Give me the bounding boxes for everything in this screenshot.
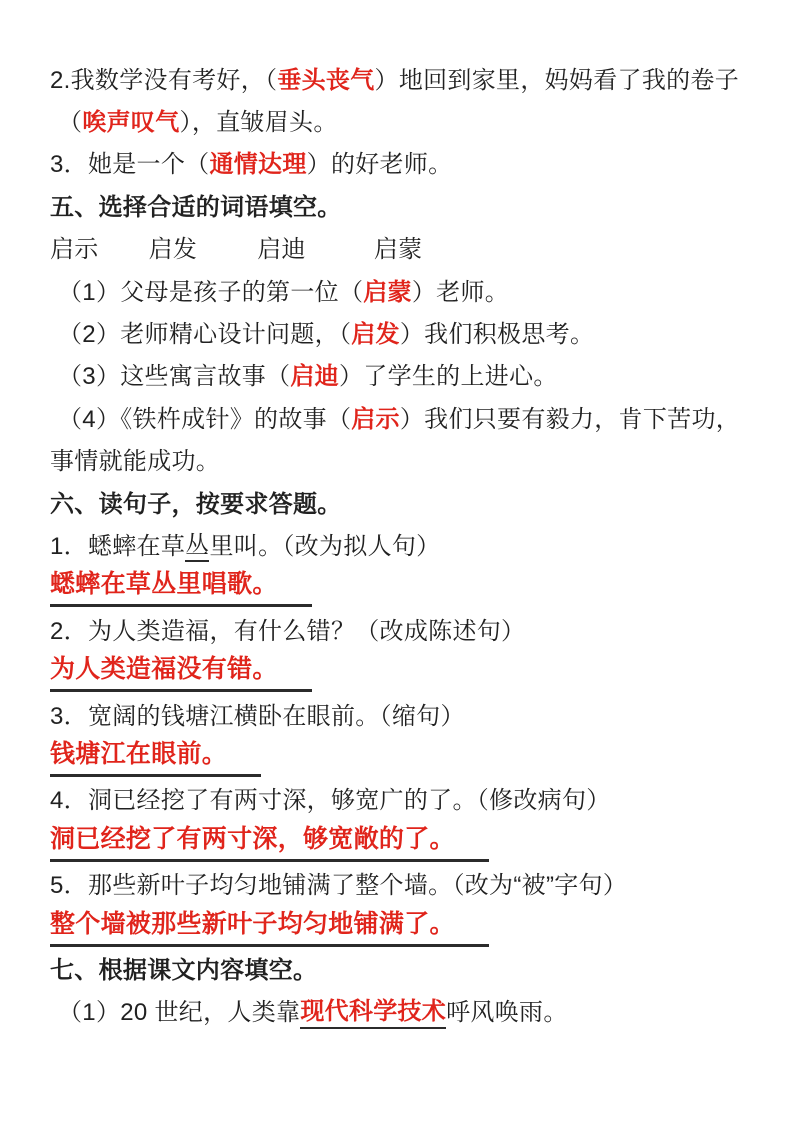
- s6-question-2: 2．为人类造福，有什么错？（改成陈述句）: [50, 607, 759, 649]
- question-text: （1）父母是孩子的第一位（: [58, 272, 363, 307]
- question-text: 五、选择合适的词语填空。: [50, 187, 342, 222]
- answer-word: 唉声叹气: [82, 102, 179, 137]
- question-text: ）我们只要有毅力，肯下苦功，: [400, 399, 740, 434]
- q2-sentence-part2: （唉声叹气），直皱眉头。: [50, 98, 759, 140]
- q2-sentence-part1: 2.我数学没有考好，（垂头丧气）地回到家里，妈妈看了我的卷子: [50, 56, 759, 98]
- question-text: （4）《铁杵成针》的故事（: [58, 399, 351, 434]
- s5-item-1: （1）父母是孩子的第一位（启蒙）老师。: [50, 268, 759, 310]
- answer-word: 启发: [351, 314, 400, 349]
- s6-answer-2: 为人类造福没有错。: [50, 649, 759, 691]
- question-text: （1）20 世纪，人类靠: [58, 992, 300, 1027]
- answer-line-underline: 整个墙被那些新叶子均匀地铺满了。: [50, 904, 489, 947]
- answer-word: 启迪: [290, 356, 339, 391]
- q3-sentence: 3．她是一个（通情达理）的好老师。: [50, 141, 759, 183]
- question-text: （: [58, 102, 82, 137]
- s6-question-3: 3．宽阔的钱塘江横卧在眼前。（缩句）: [50, 692, 759, 734]
- question-text: （2）老师精心设计问题，（: [58, 314, 351, 349]
- s6-answer-4: 洞已经挖了有两寸深，够宽敞的了。: [50, 819, 759, 861]
- s5-item-4-continued: 事情就能成功。: [50, 438, 759, 480]
- s6-answer-1: 蟋蟀在草丛里唱歌。: [50, 565, 759, 607]
- question-text: 蟋蟀在草丛里唱歌。: [50, 564, 278, 600]
- s6-answer-3: 钱塘江在眼前。: [50, 734, 759, 776]
- document-body: 2.我数学没有考好，（垂头丧气）地回到家里，妈妈看了我的卷子（唉声叹气），直皱眉…: [50, 56, 759, 1031]
- question-text: ）老师。: [412, 272, 509, 307]
- section-5-heading: 五、选择合适的词语填空。: [50, 183, 759, 225]
- answer-word: 启示: [351, 399, 400, 434]
- answer-line-underline: 为人类造福没有错。: [50, 649, 312, 692]
- section-7-heading: 七、根据课文内容填空。: [50, 946, 759, 988]
- question-text: ）了学生的上进心。: [339, 356, 558, 391]
- question-text: 钱塘江在眼前。: [50, 734, 227, 770]
- question-text: ）的好老师。: [307, 144, 453, 179]
- answer-line-underline: 钱塘江在眼前。: [50, 734, 261, 777]
- s6-question-4: 4．洞已经挖了有两寸深，够宽广的了。（修改病句）: [50, 777, 759, 819]
- question-text: 里叫。（改为拟人句）: [209, 526, 440, 561]
- word-bank: 启示启发启迪启蒙: [50, 226, 759, 268]
- word-bank-item: 启蒙: [374, 229, 423, 264]
- word-bank-item: 启发: [149, 229, 198, 264]
- question-text: ）我们积极思考。: [400, 314, 594, 349]
- s6-question-5: 5．那些新叶子均匀地铺满了整个墙。（改为“被”字句）: [50, 861, 759, 903]
- question-text: ），直皱眉头。: [180, 102, 338, 137]
- question-text: 洞已经挖了有两寸深，够宽敞的了。: [50, 819, 455, 855]
- question-text: 5．那些新叶子均匀地铺满了整个墙。（改为“被”字句）: [50, 865, 627, 900]
- question-text: 整个墙被那些新叶子均匀地铺满了。: [50, 904, 455, 940]
- question-text: 呼风唤雨。: [446, 992, 568, 1027]
- s5-item-4: （4）《铁杵成针》的故事（启示）我们只要有毅力，肯下苦功，: [50, 395, 759, 437]
- s5-item-2: （2）老师精心设计问题，（启发）我们积极思考。: [50, 310, 759, 352]
- s6-answer-5: 整个墙被那些新叶子均匀地铺满了。: [50, 904, 759, 946]
- question-text: 3．宽阔的钱塘江横卧在眼前。（缩句）: [50, 696, 465, 731]
- answer-line-underline: 蟋蟀在草丛里唱歌。: [50, 564, 312, 607]
- answer-text-underlined: 现代科学技术: [300, 991, 446, 1029]
- worksheet-page: 2.我数学没有考好，（垂头丧气）地回到家里，妈妈看了我的卷子（唉声叹气），直皱眉…: [0, 0, 793, 1031]
- answer-word: 通情达理: [209, 144, 306, 179]
- word-bank-item: 启迪: [257, 229, 306, 264]
- s5-item-3: （3）这些寓言故事（启迪）了学生的上进心。: [50, 353, 759, 395]
- word-bank-item: 启示: [50, 229, 99, 264]
- question-text: 为人类造福没有错。: [50, 649, 278, 685]
- question-text: 六、读句子，按要求答题。: [50, 484, 342, 519]
- answer-line-underline: 洞已经挖了有两寸深，够宽敞的了。: [50, 819, 489, 862]
- s6-question-1: 1．蟋蟀在草丛里叫。（改为拟人句）: [50, 522, 759, 564]
- answer-word: 垂头丧气: [277, 60, 374, 95]
- answer-word: 启蒙: [363, 272, 412, 307]
- question-text: 事情就能成功。: [50, 441, 220, 476]
- question-text: 七、根据课文内容填空。: [50, 950, 317, 985]
- question-text: 4．洞已经挖了有两寸深，够宽广的了。（修改病句）: [50, 780, 611, 815]
- question-text: （3）这些寓言故事（: [58, 356, 290, 391]
- question-text: 2.我数学没有考好，（: [50, 60, 277, 95]
- question-text: 3．她是一个（: [50, 144, 209, 179]
- s7-item-1: （1）20 世纪，人类靠现代科学技术呼风唤雨。: [50, 989, 759, 1031]
- question-text: 2．为人类造福，有什么错？（改成陈述句）: [50, 611, 525, 646]
- section-6-heading: 六、读句子，按要求答题。: [50, 480, 759, 522]
- question-text: ）地回到家里，妈妈看了我的卷子: [375, 60, 740, 95]
- question-text: 1．蟋蟀在草: [50, 526, 185, 561]
- emphasized-character: 丛: [185, 525, 209, 562]
